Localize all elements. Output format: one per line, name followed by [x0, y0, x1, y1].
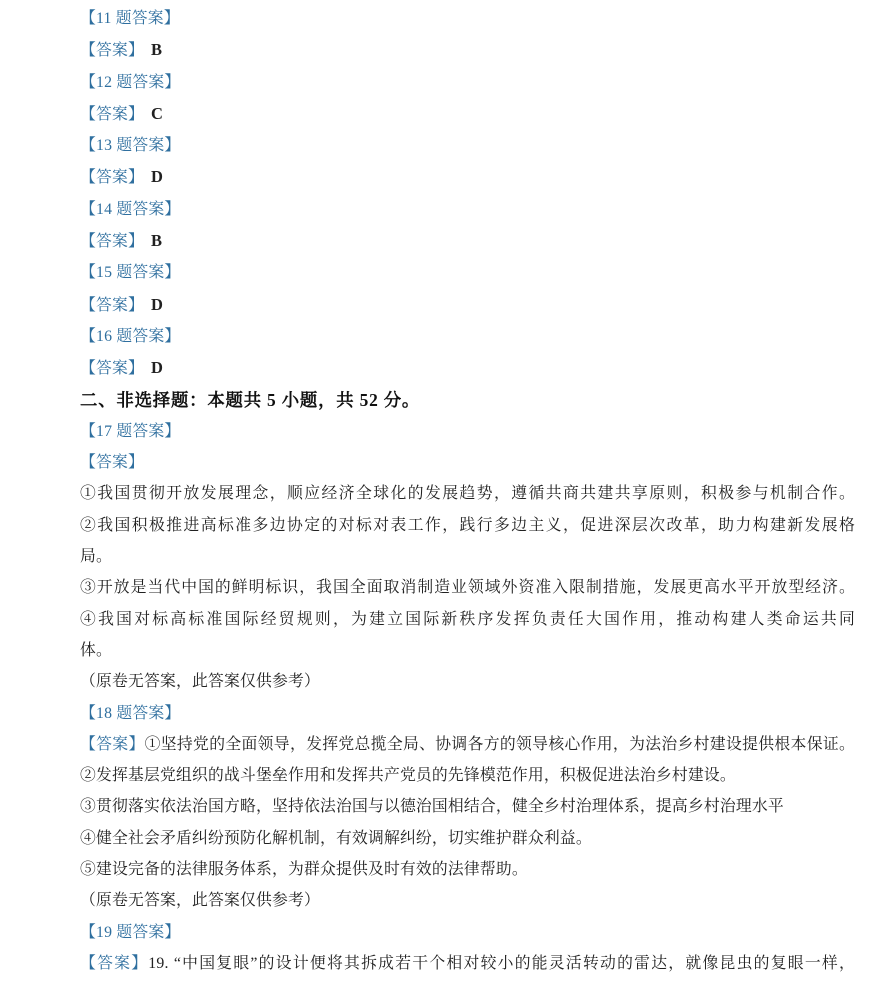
- answer-label: 【答案】: [80, 42, 144, 59]
- answer-label: 【答案】: [80, 297, 144, 314]
- answer-line: 【答案】19. “中国复眼”的设计便将其拆成若干个相对较小的能灵活转动的雷达，就…: [80, 948, 855, 979]
- question-answer-header: 【19 题答案】: [80, 917, 855, 948]
- answer-value: ①坚持党的全面领导，发挥党总揽全局、协调各方的领导核心作用，为法治乡村建设提供根…: [145, 736, 855, 753]
- answer-line: 【答案】: [80, 447, 855, 478]
- answer-value: B: [151, 231, 162, 250]
- section-heading: 二、非选择题：本题共 5 小题，共 52 分。: [80, 385, 855, 416]
- answer-line: 【答案】B: [80, 34, 855, 66]
- question-answer-header: 【13 题答案】: [80, 130, 855, 161]
- reference-note: （原卷无答案，此答案仅供参考）: [80, 885, 855, 916]
- answer-text-line: ③贯彻落实依法治国方略，坚持依法治国与以德治国相结合，健全乡村治理体系，提高乡村…: [80, 791, 855, 822]
- answer-label: 【答案】: [80, 169, 144, 186]
- answer-value: D: [151, 358, 163, 377]
- answer-value: C: [151, 104, 163, 123]
- question-answer-header: 【14 题答案】: [80, 194, 855, 225]
- answer-label: 【答案】: [80, 360, 144, 377]
- question-answer-header: 【12 题答案】: [80, 67, 855, 98]
- question-answer-header: 【11 题答案】: [80, 3, 855, 34]
- answer-label: 【答案】: [80, 454, 144, 471]
- answer-text-line: 局。: [80, 541, 855, 572]
- answer-label: 【答案】: [80, 106, 144, 123]
- answer-label: 【答案】: [80, 955, 148, 972]
- document-page: 【11 题答案】【答案】B【12 题答案】【答案】C【13 题答案】【答案】D【…: [0, 0, 872, 979]
- answer-label: 【答案】: [80, 233, 144, 250]
- answer-label: 【答案】: [80, 736, 145, 753]
- question-answer-header: 【18 题答案】: [80, 698, 855, 729]
- answer-line: 【答案】B: [80, 225, 855, 257]
- answer-line: 【答案】D: [80, 289, 855, 321]
- answer-line: 【答案】①坚持党的全面领导，发挥党总揽全局、协调各方的领导核心作用，为法治乡村建…: [80, 729, 855, 760]
- question-answer-header: 【17 题答案】: [80, 416, 855, 447]
- answer-text-line: ①我国贯彻开放发展理念，顺应经济全球化的发展趋势，遵循共商共建共享原则，积极参与…: [80, 478, 855, 509]
- reference-note: （原卷无答案，此答案仅供参考）: [80, 666, 855, 697]
- answer-value: D: [151, 295, 163, 314]
- answer-text-line: 体。: [80, 635, 855, 666]
- answer-line: 【答案】C: [80, 98, 855, 130]
- answer-text-line: ②发挥基层党组织的战斗堡垒作用和发挥共产党员的先锋模范作用，积极促进法治乡村建设…: [80, 760, 855, 791]
- question-answer-header: 【15 题答案】: [80, 257, 855, 288]
- answer-text-line: ⑤建设完备的法律服务体系，为群众提供及时有效的法律帮助。: [80, 854, 855, 885]
- answer-value: 19. “中国复眼”的设计便将其拆成若干个相对较小的能灵活转动的雷达，就像昆虫的…: [148, 955, 855, 972]
- answer-value: D: [151, 167, 163, 186]
- answer-text-line: ④我国对标高标准国际经贸规则，为建立国际新秩序发挥负责任大国作用，推动构建人类命…: [80, 604, 855, 635]
- answer-line: 【答案】D: [80, 352, 855, 384]
- answer-text-line: ③开放是当代中国的鲜明标识，我国全面取消制造业领域外资准入限制措施，发展更高水平…: [80, 572, 855, 603]
- answer-value: B: [151, 40, 162, 59]
- answer-text-line: ②我国积极推进高标准多边协定的对标对表工作，践行多边主义，促进深层次改革，助力构…: [80, 510, 855, 541]
- answer-text-line: ④健全社会矛盾纠纷预防化解机制，有效调解纠纷，切实维护群众利益。: [80, 823, 855, 854]
- answer-line: 【答案】D: [80, 161, 855, 193]
- question-answer-header: 【16 题答案】: [80, 321, 855, 352]
